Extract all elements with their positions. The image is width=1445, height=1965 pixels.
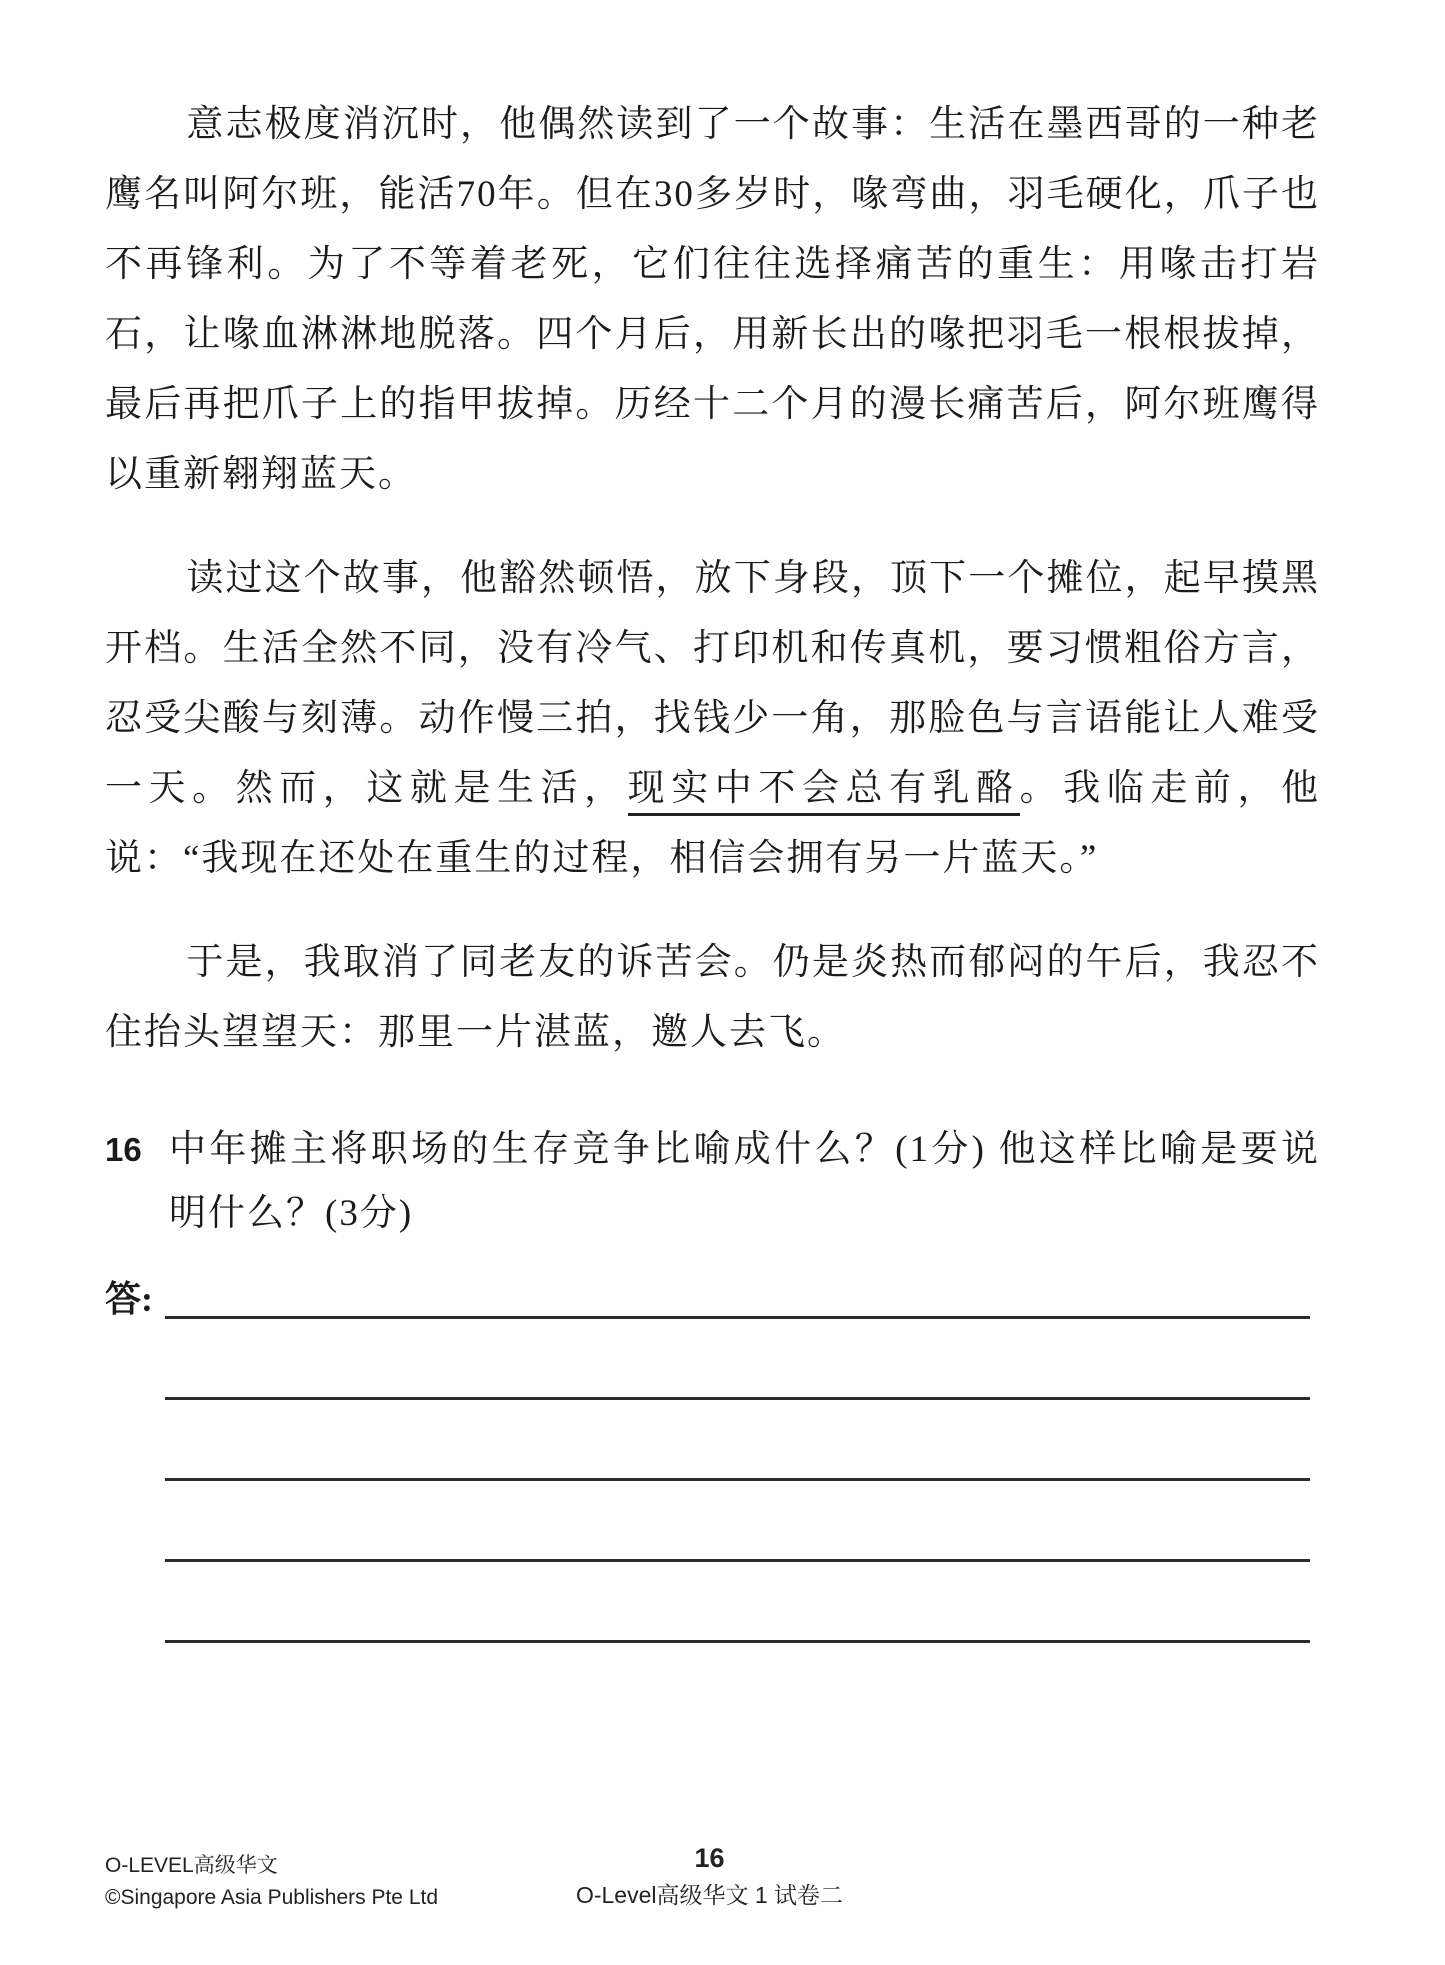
question-16: 16 中年摊主将职场的生存竞争比喻成什么？(1分) 他这样比喻是要说明什么？(3…	[105, 1118, 1320, 1246]
answer-line	[165, 1562, 1310, 1643]
passage-paragraph-2: 读过这个故事，他豁然顿悟，放下身段，顶下一个摊位，起早摸黑开档。生活全然不同，没…	[105, 544, 1320, 894]
question-number: 16	[105, 1118, 169, 1182]
reading-passage: 意志极度消沉时，他偶然读到了一个故事：生活在墨西哥的一种老鹰名叫阿尔班，能活70…	[105, 90, 1320, 1068]
passage-paragraph-3: 于是，我取消了同老友的诉苦会。仍是炎热而郁闷的午后，我忍不住抬头望望天：那里一片…	[105, 928, 1320, 1068]
footer-caption: O-Level高级华文 1 试卷二	[0, 1874, 1419, 1916]
exam-page: 意志极度消沉时，他偶然读到了一个故事：生活在墨西哥的一种老鹰名叫阿尔班，能活70…	[0, 0, 1445, 1965]
answer-line	[165, 1278, 1310, 1319]
answer-line	[165, 1400, 1310, 1481]
footer-center: 16 O-Level高级华文 1 试卷二	[0, 1842, 1419, 1916]
answer-section: 答:	[105, 1278, 1310, 1643]
question-text: 中年摊主将职场的生存竞争比喻成什么？(1分) 他这样比喻是要说明什么？(3分)	[169, 1118, 1320, 1246]
answer-first-row: 答:	[105, 1278, 1310, 1319]
page-number: 16	[0, 1842, 1419, 1874]
answer-label: 答:	[105, 1279, 165, 1319]
passage-paragraph-1: 意志极度消沉时，他偶然读到了一个故事：生活在墨西哥的一种老鹰名叫阿尔班，能活70…	[105, 90, 1320, 510]
answer-lines-container	[105, 1319, 1310, 1643]
underlined-phrase: 现实中不会总有乳酪	[628, 768, 1020, 816]
answer-line	[165, 1319, 1310, 1400]
answer-line	[165, 1481, 1310, 1562]
